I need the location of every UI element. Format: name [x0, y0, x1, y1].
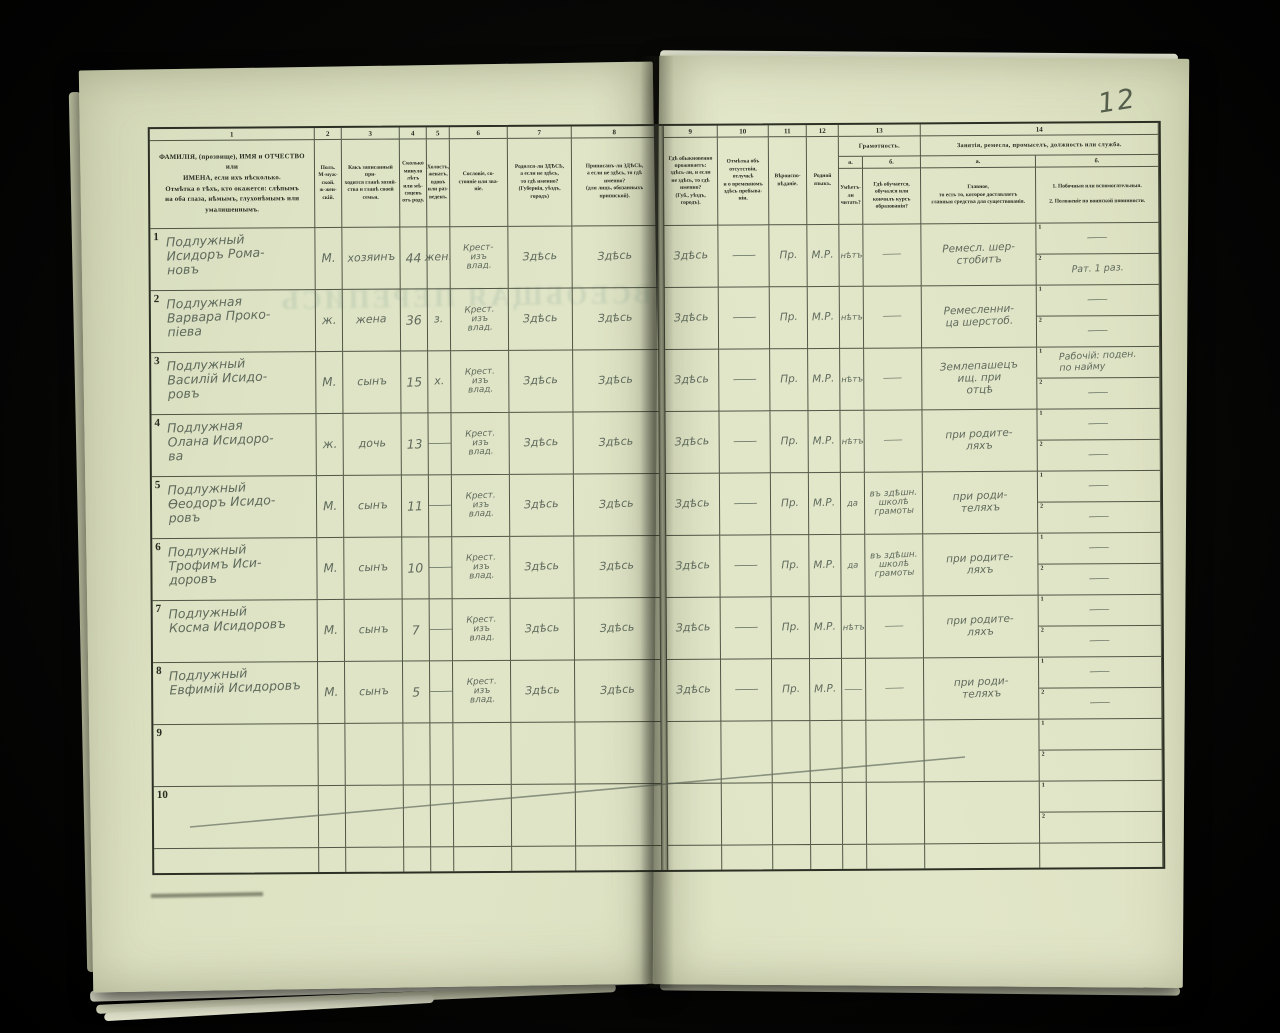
row-5-born: Здѣсь — [510, 475, 574, 537]
row-5-registered: Здѣсь — [574, 474, 660, 537]
row-2-sex: ж. — [316, 290, 343, 352]
col-number-11: 11 — [769, 125, 807, 137]
row-6-side: 1—2— — [1038, 533, 1161, 596]
row-3-name: 3Подлужный Василій Исидо- ровъ — [151, 352, 316, 415]
row-10-registered — [576, 784, 662, 847]
frame-foot-tick — [811, 845, 843, 869]
row-8-side: 1—2— — [1039, 657, 1162, 720]
row-5-occupation_main: при роди- теляхъ — [923, 472, 1038, 535]
header-literacy-education: Гдѣ обучается, обучался или кончилъ курс… — [863, 168, 921, 224]
frame-foot-tick — [668, 846, 722, 870]
census-table: 1 2 3 4 5 6 7 8 9 10 11 12 13 14 ФАМИЛІЯ… — [148, 121, 1166, 875]
row-1-side: 1—2Рат. 1 раз. — [1036, 223, 1159, 286]
frame-foot-tick — [722, 845, 773, 869]
row-2-education: — — [864, 286, 922, 348]
row-2-age: 36 — [401, 289, 428, 351]
row-9-born — [511, 722, 575, 784]
row-8-reads: — — [842, 659, 866, 721]
row-9-occupation_main — [924, 720, 1039, 783]
row-8-resides: Здѣсь — [667, 660, 721, 722]
frame-foot-tick — [925, 844, 1040, 869]
row-3-age: 15 — [401, 351, 428, 413]
row-9-religion — [772, 721, 810, 783]
row-4-registered: Здѣсь — [573, 412, 659, 475]
row-7-marital: — — [430, 599, 453, 661]
header-estate: Сословіе, со- стояніе или зва- ніе. — [450, 139, 509, 227]
row-3-language: М.Р. — [808, 349, 840, 411]
row-7-relation: сынъ — [345, 600, 403, 662]
col-number-4: 4 — [400, 127, 427, 139]
row-3-sex: М. — [316, 352, 343, 414]
row-9-reads — [842, 721, 866, 783]
row-4-sex: ж. — [316, 414, 343, 476]
row-5-resides: Здѣсь — [666, 474, 720, 536]
row-2-name: 2Подлужная Варвара Проко- піева — [151, 290, 316, 353]
col-number-9: 9 — [664, 126, 718, 138]
row-1-born: Здѣсь — [508, 227, 572, 289]
row-9-absence — [721, 721, 772, 783]
row-1-name: 1Подлужный Исидоръ Рома- новъ — [150, 228, 315, 291]
row-8-marital: — — [430, 661, 453, 723]
frame-foot-tick — [773, 845, 811, 869]
row-10-occupation_main — [925, 782, 1040, 845]
row-8-registered: Здѣсь — [575, 660, 661, 723]
row-5-absence: — — [720, 473, 771, 535]
row-10-religion — [773, 783, 811, 845]
row-6-sex: М. — [317, 538, 344, 600]
frame-foot-tick — [867, 844, 925, 868]
row-6-reads: да — [841, 535, 865, 597]
row-3-estate: Крест. изъ влад. — [451, 351, 509, 413]
col-number-8: 8 — [572, 126, 658, 139]
row-10-relation — [346, 786, 404, 848]
row-4-age: 13 — [401, 413, 428, 475]
row-8-sex: М. — [318, 662, 345, 724]
row-10-education — [867, 782, 925, 844]
row-9-age — [403, 723, 430, 785]
header-literacy-a-letter: а. — [839, 157, 863, 169]
row-10-side: 12 — [1040, 781, 1163, 844]
row-5-name: 5Подлужный Ѳеодоръ Исидо- ровъ — [152, 476, 317, 539]
row-6-resides: Здѣсь — [666, 536, 720, 598]
row-9-registered — [575, 722, 661, 785]
row-4-absence: — — [719, 411, 770, 473]
row-1-language: М.Р. — [807, 225, 839, 287]
row-1-estate: Крест- изъ влад. — [450, 227, 508, 289]
row-8-relation: сынъ — [345, 662, 403, 724]
row-5-sex: М. — [317, 476, 344, 538]
frame-foot-tick — [154, 848, 319, 873]
row-4-resides: Здѣсь — [665, 412, 719, 474]
row-8-religion: Пр. — [772, 659, 810, 721]
row-6-marital: — — [429, 537, 452, 599]
frame-foot-tick — [576, 846, 662, 871]
header-sex: Полъ. М-муж- ской. ж-жен- скій. — [315, 140, 343, 228]
row-4-reads: нѣтъ — [840, 411, 864, 473]
frame-foot-tick — [512, 846, 576, 870]
col-number-2: 2 — [315, 128, 342, 140]
frame-foot-tick — [404, 847, 431, 871]
row-2-absence: — — [719, 287, 770, 349]
col-number-12: 12 — [807, 125, 839, 137]
row-10-born — [512, 784, 576, 846]
row-5-marital: — — [429, 475, 452, 537]
row-5-estate: Крест. изъ влад. — [452, 475, 510, 537]
row-4-language: М.Р. — [808, 411, 840, 473]
row-7-side: 1—2— — [1039, 595, 1162, 658]
row-4-estate: Крест. изъ влад. — [451, 413, 509, 475]
frame-foot-tick — [1040, 843, 1163, 868]
row-7-occupation_main: при родите- ляхъ — [924, 596, 1039, 659]
row-6-absence: — — [720, 535, 771, 597]
row-1-education: — — [863, 224, 921, 286]
header-surname: ФАМИЛІЯ, (прозвище), ИМЯ и ОТЧЕСТВО или … — [150, 140, 316, 229]
row-7-sex: М. — [318, 600, 345, 662]
row-3-resides: Здѣсь — [665, 350, 719, 412]
row-7-resides: Здѣсь — [667, 598, 721, 660]
header-occupation-b-letter: б. — [1036, 155, 1159, 168]
row-9-education — [866, 720, 924, 782]
col-number-10: 10 — [718, 125, 769, 137]
row-6-registered: Здѣсь — [574, 536, 660, 599]
row-8-occupation_main: при роди- теляхъ — [924, 658, 1039, 721]
row-7-education: — — [866, 596, 924, 658]
page-number: 12 — [1096, 83, 1139, 120]
frame-foot-tick — [319, 848, 346, 872]
row-7-registered: Здѣсь — [575, 598, 661, 661]
row-5-relation: сынъ — [344, 476, 402, 538]
row-3-side: 1Рабочій: поден. по найму2— — [1037, 347, 1160, 410]
row-7-born: Здѣсь — [511, 599, 575, 661]
col-number-1: 1 — [150, 128, 315, 141]
row-9-sex — [318, 724, 345, 786]
row-9-relation — [345, 724, 403, 786]
row-10-estate — [454, 785, 512, 847]
row-3-religion: Пр. — [770, 349, 808, 411]
row-4-occupation_main: при родите- ляхъ — [922, 410, 1037, 473]
frame-foot-tick — [843, 845, 867, 869]
row-10-name: 10 — [154, 786, 319, 849]
header-residence: Гдѣ обыкновенно проживаетъ: здѣсь-ли, и … — [664, 138, 719, 226]
row-1-occupation_main: Ремесл. шер- стобитъ — [921, 224, 1036, 287]
row-6-religion: Пр. — [771, 535, 809, 597]
row-4-religion: Пр. — [770, 411, 808, 473]
row-4-relation: дочь — [343, 414, 401, 476]
header-religion: Вѣроиспо- вѣданіе. — [769, 137, 808, 225]
row-3-absence: — — [719, 349, 770, 411]
header-relation: Какъ записанный при- ходится главѣ хозяй… — [342, 140, 401, 228]
row-7-absence: — — [721, 597, 772, 659]
row-3-reads: нѣтъ — [840, 349, 864, 411]
row-2-resides: Здѣсь — [665, 288, 719, 350]
row-8-age: 5 — [403, 661, 430, 723]
row-4-born: Здѣсь — [509, 413, 573, 475]
header-absence: Отмѣтка объ отсутствіи, отлучкѣ и о врем… — [718, 137, 770, 225]
header-language: Родной языкъ. — [807, 137, 840, 225]
row-5-education: въ здѣшн. школѣ грамоты — [865, 472, 923, 534]
header-registered: Приписанъ-ли ЗДѢСЬ, а если не здѣсь, то … — [572, 138, 659, 227]
row-6-relation: сынъ — [344, 538, 402, 600]
row-5-side: 1—2— — [1038, 471, 1161, 534]
row-10-reads — [843, 783, 867, 845]
row-4-name: 4Подлужная Олана Исидоро- ва — [151, 414, 316, 477]
header-occupation-main: Главное, то есть то, которое доставляетъ… — [921, 168, 1036, 225]
header-birthplace: Родился-ли ЗДѢСЬ, а если не здѣсь, то гд… — [508, 139, 573, 227]
col-number-7: 7 — [508, 127, 572, 139]
row-6-estate: Крест. изъ влад. — [452, 537, 510, 599]
row-2-side: 1—2— — [1037, 285, 1160, 348]
row-6-name: 6Подлужный Трофимъ Иси- доровъ — [152, 538, 317, 601]
row-10-marital — [431, 785, 454, 847]
row-1-relation: хозяинъ — [342, 228, 400, 290]
row-7-estate: Крест. изъ влад. — [453, 599, 511, 661]
row-3-occupation_main: Землепашецъ ищ. при отцѣ — [922, 348, 1037, 411]
row-1-religion: Пр. — [769, 225, 807, 287]
row-2-estate: Крест. изъ влад. — [451, 289, 509, 351]
col-number-6: 6 — [450, 127, 508, 139]
row-5-religion: Пр. — [771, 473, 809, 535]
row-3-relation: сынъ — [343, 352, 401, 414]
row-1-resides: Здѣсь — [664, 226, 718, 288]
row-6-age: 10 — [402, 537, 429, 599]
frame-foot-tick — [431, 847, 454, 871]
row-2-marital: з. — [428, 289, 451, 351]
frame-foot-tick — [346, 848, 404, 872]
row-7-name: 7Подлужный Косма Исидоровъ — [153, 600, 318, 663]
row-7-language: М.Р. — [810, 597, 842, 659]
row-6-education: въ здѣшн. школѣ грамоты — [865, 534, 923, 596]
row-3-marital: х. — [428, 351, 451, 413]
row-10-age — [404, 785, 431, 847]
col-number-13: 13 — [839, 124, 921, 137]
photo-scene: ВСЕОБЩАЯ ПЕРЕПИСЬ 12 1 2 3 4 5 6 7 8 9 1… — [0, 0, 1280, 1033]
row-2-registered: Здѣсь — [573, 288, 659, 351]
row-7-age: 7 — [403, 599, 430, 661]
header-literacy-group: Грамотность. — [839, 136, 921, 157]
row-2-reads: нѣтъ — [840, 287, 864, 349]
row-10-absence — [722, 783, 773, 845]
row-10-resides — [668, 784, 722, 846]
header-literacy-reads: Умѣетъ- ли читать? — [839, 169, 863, 225]
row-3-education: — — [864, 348, 922, 410]
row-2-relation: жена — [343, 290, 401, 352]
row-6-language: М.Р. — [809, 535, 841, 597]
row-8-absence: — — [721, 659, 772, 721]
header-age: Сколько минуло лѣтъ или мѣ- сяцевъ отъ р… — [400, 139, 428, 227]
row-1-registered: Здѣсь — [572, 226, 658, 289]
row-8-estate: Крест. изъ влад. — [453, 661, 511, 723]
frame-foot-tick — [454, 847, 512, 871]
row-2-occupation_main: Ремесленни- ца шерстоб. — [922, 286, 1037, 349]
row-7-religion: Пр. — [772, 597, 810, 659]
row-9-side: 12 — [1039, 719, 1162, 782]
row-9-marital — [430, 723, 453, 785]
row-10-language — [811, 783, 843, 845]
row-8-born: Здѣсь — [511, 661, 575, 723]
row-1-marital: жен. — [427, 227, 450, 289]
row-5-language: М.Р. — [809, 473, 841, 535]
row-8-education: — — [866, 658, 924, 720]
col-number-3: 3 — [342, 128, 400, 140]
header-literacy-b-letter: б. — [863, 156, 921, 168]
header-occupation-a-letter: а. — [921, 156, 1036, 169]
row-9-name: 9 — [153, 724, 318, 787]
header-occupation-side: 1. Побочныя или вспомогательныя. 2. Поло… — [1036, 167, 1159, 224]
row-4-education: — — [864, 410, 922, 472]
row-1-reads: нѣтъ — [839, 225, 863, 287]
row-9-estate — [453, 723, 511, 785]
row-9-resides — [667, 722, 721, 784]
row-8-language: М.Р. — [810, 659, 842, 721]
row-3-born: Здѣсь — [509, 351, 573, 413]
row-10-sex — [319, 786, 346, 848]
row-6-born: Здѣсь — [510, 537, 574, 599]
row-9-language — [810, 721, 842, 783]
row-6-occupation_main: при родите- ляхъ — [923, 534, 1038, 597]
row-2-language: М.Р. — [808, 287, 840, 349]
row-4-side: 1—2— — [1037, 409, 1160, 472]
row-5-age: 11 — [402, 475, 429, 537]
row-7-reads: нѣтъ — [842, 597, 866, 659]
col-number-5: 5 — [427, 127, 450, 139]
header-occupation-group: Занятія, ремесла, промыселъ, должность и… — [921, 135, 1159, 156]
row-8-name: 8Подлужный Евфимій Исидоровъ — [153, 662, 318, 725]
row-1-absence: — — [718, 225, 769, 287]
row-3-registered: Здѣсь — [573, 350, 659, 413]
row-2-religion: Пр. — [770, 287, 808, 349]
header-marital: Холостъ, женатъ, вдовъ или раз- веденъ. — [427, 139, 451, 227]
row-1-sex: М. — [315, 228, 342, 290]
row-4-marital: — — [428, 413, 451, 475]
row-2-born: Здѣсь — [509, 289, 573, 351]
row-5-reads: да — [841, 473, 865, 535]
